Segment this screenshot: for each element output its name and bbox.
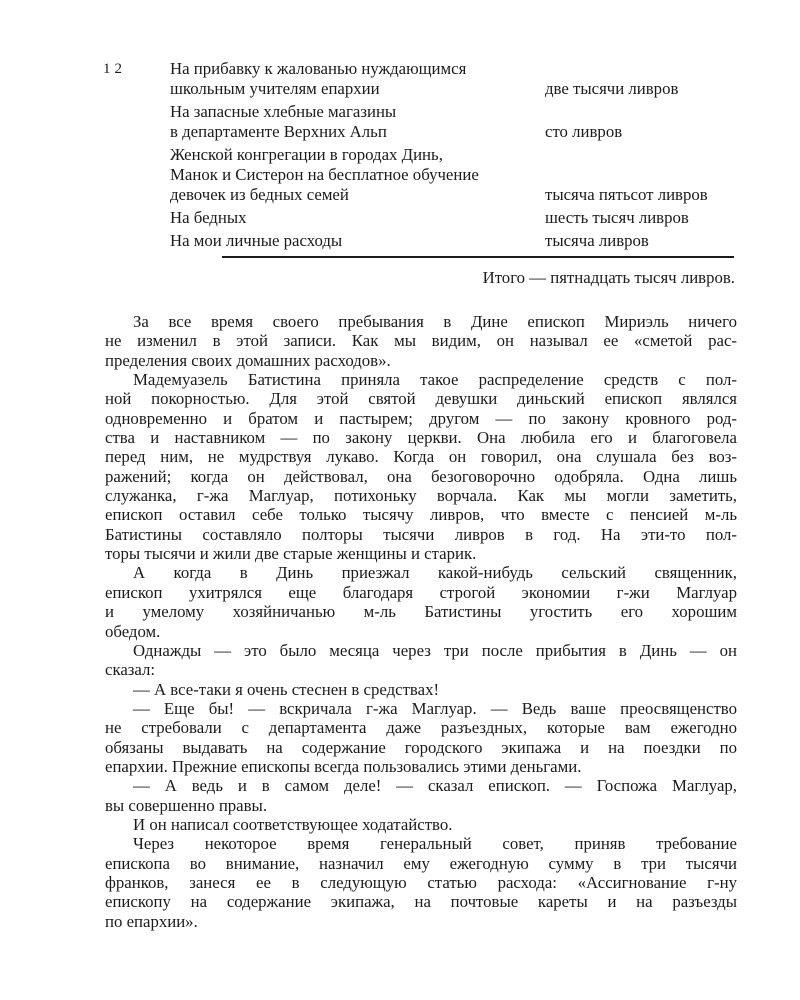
page-number: 12 <box>103 61 126 78</box>
text-line: Через некоторое время генеральный совет,… <box>105 834 737 853</box>
ledger-label-line: Женской конгрегации в городах Динь, <box>170 145 545 165</box>
paragraph: Через некоторое время генеральный совет,… <box>105 834 737 931</box>
ledger-label: Женской конгрегации в городах Динь,Манок… <box>170 145 545 205</box>
text-line: — А ведь и в самом деле! — сказал еписко… <box>105 776 737 795</box>
text-line: обязаны выдавать на содержание городског… <box>105 738 737 757</box>
text-line: — Еще бы! — вскричала г-жа Маглуар. — Ве… <box>105 699 737 718</box>
paragraph: — А ведь и в самом деле! — сказал еписко… <box>105 776 737 815</box>
paragraph: И он написал соответствующее ходатайство… <box>105 815 737 834</box>
text-line: не изменил в этой записи. Как мы видим, … <box>105 331 737 350</box>
expense-ledger: На прибавку к жалованью нуждающимсяшколь… <box>170 59 735 288</box>
text-line: епископу на содержание экипажа, на почто… <box>105 892 737 911</box>
ledger-row: На мои личные расходытысяча ливров <box>170 231 735 251</box>
text-line: не стребовали с департамента даже разъез… <box>105 718 737 737</box>
ledger-row: На запасные хлебные магазиныв департамен… <box>170 102 735 142</box>
text-line: За все время своего пребывания в Дине еп… <box>105 312 737 331</box>
ledger-amount: шесть тысяч ливров <box>545 208 735 228</box>
paragraph: — Еще бы! — вскричала г-жа Маглуар. — Ве… <box>105 699 737 776</box>
text-line: и умелому хозяйничанью м-ль Батистины уг… <box>105 602 737 621</box>
ledger-label: На мои личные расходы <box>170 231 545 251</box>
text-line: епископ ухитрялся еще благодаря строгой … <box>105 583 737 602</box>
text-line: Однажды — это было месяца через три посл… <box>105 641 737 660</box>
text-line: Батистины составляло полторы тысячи ливр… <box>105 525 737 544</box>
expense-ledger-rows: На прибавку к жалованью нуждающимсяшколь… <box>170 59 735 251</box>
text-line: служанка, г-жа Маглуар, потихоньку ворча… <box>105 486 737 505</box>
ledger-amount: сто ливров <box>545 122 735 142</box>
paragraph: За все время своего пребывания в Дине еп… <box>105 312 737 370</box>
text-line: ражений; когда он действовал, она безого… <box>105 467 737 486</box>
text-line: франков, занеся ее в следующую статью ра… <box>105 873 737 892</box>
ledger-row: Женской конгрегации в городах Динь,Манок… <box>170 145 735 205</box>
text-line: епископа во внимание, назначил ему ежего… <box>105 854 737 873</box>
text-line: епархии. Прежние епископы всегда пользов… <box>105 757 737 776</box>
paragraph: — А все-таки я очень стеснен в средствах… <box>105 680 737 699</box>
text-line: А когда в Динь приезжал какой-нибудь сел… <box>105 563 737 582</box>
ledger-label-line: Манок и Систерон на бесплатное обучение <box>170 165 545 185</box>
text-line: сказал: <box>105 660 737 679</box>
ledger-label-line: в департаменте Верхних Альп <box>170 122 545 142</box>
ledger-label: На запасные хлебные магазиныв департамен… <box>170 102 545 142</box>
body-text: За все время своего пребывания в Дине еп… <box>105 312 737 931</box>
text-line: Мадемуазель Батистина приняла такое расп… <box>105 370 737 389</box>
ledger-amount: тысяча пятьсот ливров <box>545 185 735 205</box>
text-line: ной покорностью. Для этой святой девушки… <box>105 389 737 408</box>
ledger-label-line: школьным учителям епархии <box>170 79 545 99</box>
ledger-amount: тысяча ливров <box>545 231 735 251</box>
paragraph: Однажды — это было месяца через три посл… <box>105 641 737 680</box>
text-line: одновременно и братом и пастырем; другом… <box>105 409 737 428</box>
ledger-label-line: На запасные хлебные магазины <box>170 102 545 122</box>
ledger-rule-divider <box>222 256 734 258</box>
ledger-label: На прибавку к жалованью нуждающимсяшколь… <box>170 59 545 99</box>
text-line: И он написал соответствующее ходатайство… <box>105 815 737 834</box>
ledger-total: Итого — пятнадцать тысяч ливров. <box>170 267 735 288</box>
ledger-label-line: На бедных <box>170 208 545 228</box>
text-line: ства и наставником — по закону церкви. О… <box>105 428 737 447</box>
text-line: вы совершенно правы. <box>105 796 737 815</box>
text-line: по епархии». <box>105 912 737 931</box>
ledger-label-line: На мои личные расходы <box>170 231 545 251</box>
ledger-label: На бедных <box>170 208 545 228</box>
text-line: епископ оставил себе только тысячу ливро… <box>105 505 737 524</box>
ledger-row: На бедныхшесть тысяч ливров <box>170 208 735 228</box>
ledger-amount: две тысячи ливров <box>545 79 735 99</box>
ledger-label-line: девочек из бедных семей <box>170 185 545 205</box>
ledger-label-line: На прибавку к жалованью нуждающимся <box>170 59 545 79</box>
book-page: 12 На прибавку к жалованью нуждающимсяшк… <box>0 0 800 1000</box>
text-line: пределения своих домашних расходов». <box>105 351 737 370</box>
text-line: обедом. <box>105 622 737 641</box>
ledger-row: На прибавку к жалованью нуждающимсяшколь… <box>170 59 735 99</box>
text-line: — А все-таки я очень стеснен в средствах… <box>105 680 737 699</box>
paragraph: Мадемуазель Батистина приняла такое расп… <box>105 370 737 563</box>
text-line: перед ним, не мудрствуя лукаво. Когда он… <box>105 447 737 466</box>
paragraph: А когда в Динь приезжал какой-нибудь сел… <box>105 563 737 640</box>
text-line: торы тысячи и жили две старые женщины и … <box>105 544 737 563</box>
